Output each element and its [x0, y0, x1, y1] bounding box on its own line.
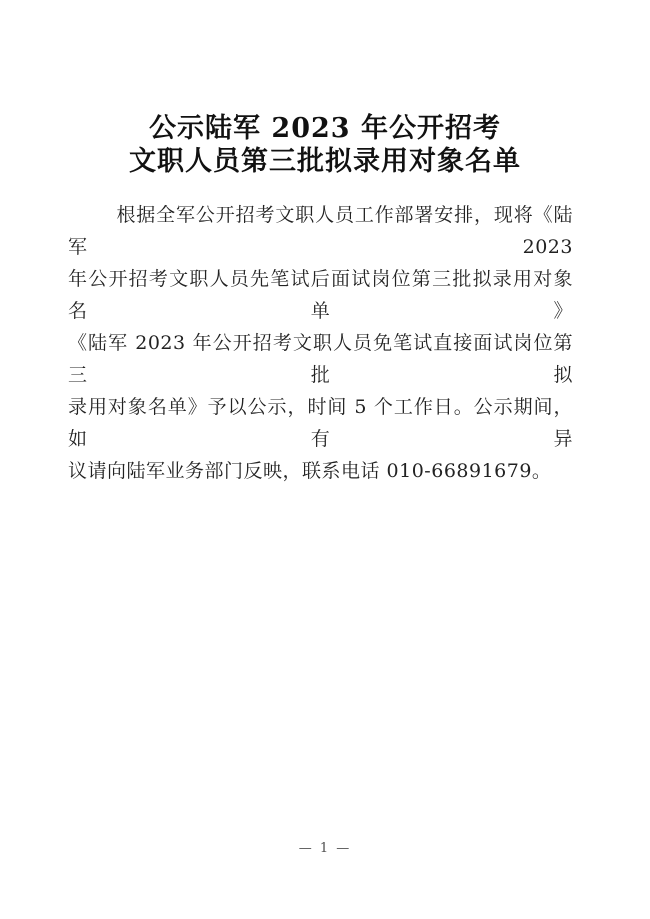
- page-number-text: — 1 —: [299, 841, 352, 856]
- document-title: 公示陆军 2023 年公开招考 文职人员第三批拟录用对象名单: [0, 112, 650, 178]
- document-page: 公示陆军 2023 年公开招考 文职人员第三批拟录用对象名单 根据全军公开招考文…: [0, 0, 650, 919]
- document-body-paragraph: 根据全军公开招考文职人员工作部署安排，现将《陆军 2023 年公开招考文职人员先…: [68, 199, 573, 487]
- page-number: — 1 —: [0, 840, 650, 858]
- body-text-line: 议请向陆军业务部门反映，联系电话 010-66891679。: [68, 455, 573, 487]
- body-text-line: 年公开招考文职人员先笔试后面试岗位第三批拟录用对象名单》: [68, 263, 573, 327]
- document-title-line-1: 公示陆军 2023 年公开招考: [0, 112, 650, 145]
- body-text-line: 《陆军 2023 年公开招考文职人员免笔试直接面试岗位第三批拟: [68, 327, 573, 391]
- body-text-line: 录用对象名单》予以公示，时间 5 个工作日。公示期间，如有异: [68, 391, 573, 455]
- body-text-line: 根据全军公开招考文职人员工作部署安排，现将《陆军 2023: [68, 199, 573, 263]
- document-title-line-2: 文职人员第三批拟录用对象名单: [0, 145, 650, 178]
